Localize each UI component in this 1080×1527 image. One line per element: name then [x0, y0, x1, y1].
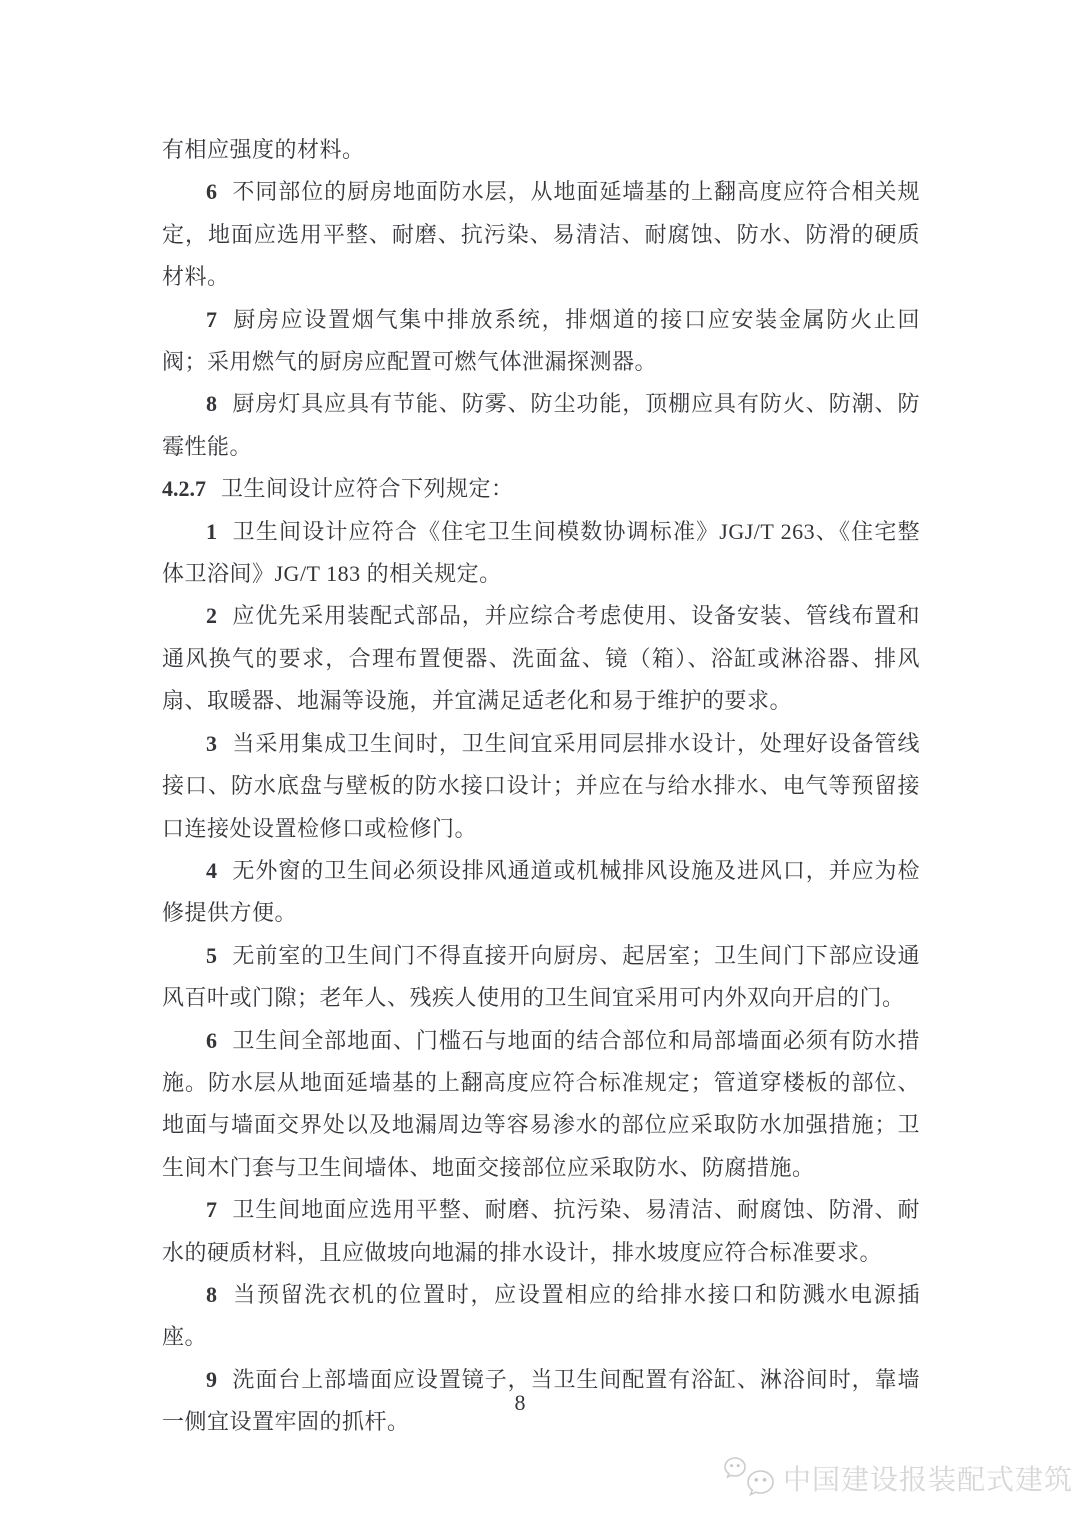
clause-text: 卫生间设计应符合《住宅卫生间模数协调标准》JGJ/T 263、《住宅整体卫浴间》… [162, 519, 920, 586]
watermark: 中国建设报装配式建筑 [724, 1456, 1073, 1500]
clause-number: 4 [206, 858, 217, 883]
clause-5: 5无前室的卫生间门不得直接开向厨房、起居室；卫生间门下部应设通风百叶或门隙；老年… [162, 935, 920, 1020]
clause-text: 卫生间全部地面、门槛石与地面的结合部位和局部墙面必须有防水措施。防水层从地面延墙… [162, 1028, 920, 1180]
clause-text: 有相应强度的材料。 [162, 137, 365, 162]
clause-number: 8 [206, 391, 217, 416]
clause-8: 8厨房灯具应具有节能、防雾、防尘功能，顶棚应具有防火、防潮、防霉性能。 [162, 383, 920, 468]
clause-number: 3 [206, 731, 217, 756]
watermark-text: 中国建设报装配式建筑 [783, 1458, 1073, 1498]
clause-7: 7卫生间地面应选用平整、耐磨、抗污染、易清洁、耐腐蚀、防滑、耐水的硬质材料，且应… [162, 1189, 920, 1274]
clause-text: 厨房灯具应具有节能、防雾、防尘功能，顶棚应具有防火、防潮、防霉性能。 [162, 391, 920, 458]
clause-text: 卫生间地面应选用平整、耐磨、抗污染、易清洁、耐腐蚀、防滑、耐水的硬质材料，且应做… [162, 1197, 920, 1264]
clause-8: 8当预留洗衣机的位置时，应设置相应的给排水接口和防溅水电源插座。 [162, 1274, 920, 1359]
document-page: 有相应强度的材料。6不同部位的厨房地面防水层，从地面延墙基的上翻高度应符合相关规… [0, 0, 1080, 1527]
clause-text: 应优先采用装配式部品，并应综合考虑使用、设备安装、管线布置和通风换气的要求，合理… [162, 603, 920, 713]
clause-number: 4.2.7 [162, 476, 206, 501]
clause-number: 8 [206, 1282, 217, 1307]
clause-text: 当预留洗衣机的位置时，应设置相应的给排水接口和防溅水电源插座。 [162, 1282, 920, 1349]
clause-1: 1卫生间设计应符合《住宅卫生间模数协调标准》JGJ/T 263、《住宅整体卫浴间… [162, 511, 920, 596]
paragraph-continuation: 有相应强度的材料。 [162, 129, 920, 171]
clause-text: 厨房应设置烟气集中排放系统，排烟道的接口应安装金属防火止回阀；采用燃气的厨房应配… [162, 307, 920, 374]
clause-2: 2应优先采用装配式部品，并应综合考虑使用、设备安装、管线布置和通风换气的要求，合… [162, 595, 920, 722]
clause-4.2.7: 4.2.7卫生间设计应符合下列规定： [162, 468, 920, 510]
clause-number: 9 [206, 1367, 217, 1392]
clause-number: 6 [206, 179, 217, 204]
clause-6: 6不同部位的厨房地面防水层，从地面延墙基的上翻高度应符合相关规定，地面应选用平整… [162, 171, 920, 298]
document-body: 有相应强度的材料。6不同部位的厨房地面防水层，从地面延墙基的上翻高度应符合相关规… [162, 129, 920, 1444]
clause-text: 无外窗的卫生间必须设排风通道或机械排风设施及进风口，并应为检修提供方便。 [162, 858, 920, 925]
clause-text: 卫生间设计应符合下列规定： [221, 476, 514, 501]
clause-text: 不同部位的厨房地面防水层，从地面延墙基的上翻高度应符合相关规定，地面应选用平整、… [162, 179, 920, 289]
page-number: 8 [470, 1390, 570, 1416]
wechat-icon [724, 1456, 776, 1500]
clause-text: 无前室的卫生间门不得直接开向厨房、起居室；卫生间门下部应设通风百叶或门隙；老年人… [162, 943, 920, 1010]
clause-text: 当采用集成卫生间时，卫生间宜采用同层排水设计，处理好设备管线接口、防水底盘与壁板… [162, 731, 920, 841]
clause-3: 3当采用集成卫生间时，卫生间宜采用同层排水设计，处理好设备管线接口、防水底盘与壁… [162, 723, 920, 850]
clause-4: 4无外窗的卫生间必须设排风通道或机械排风设施及进风口，并应为检修提供方便。 [162, 850, 920, 935]
clause-number: 6 [206, 1028, 217, 1053]
clause-7: 7厨房应设置烟气集中排放系统，排烟道的接口应安装金属防火止回阀；采用燃气的厨房应… [162, 299, 920, 384]
clause-number: 5 [206, 943, 217, 968]
clause-number: 2 [206, 603, 217, 628]
clause-number: 7 [206, 1197, 217, 1222]
clause-number: 1 [206, 519, 217, 544]
clause-number: 7 [206, 307, 217, 332]
clause-6: 6卫生间全部地面、门槛石与地面的结合部位和局部墙面必须有防水措施。防水层从地面延… [162, 1020, 920, 1190]
